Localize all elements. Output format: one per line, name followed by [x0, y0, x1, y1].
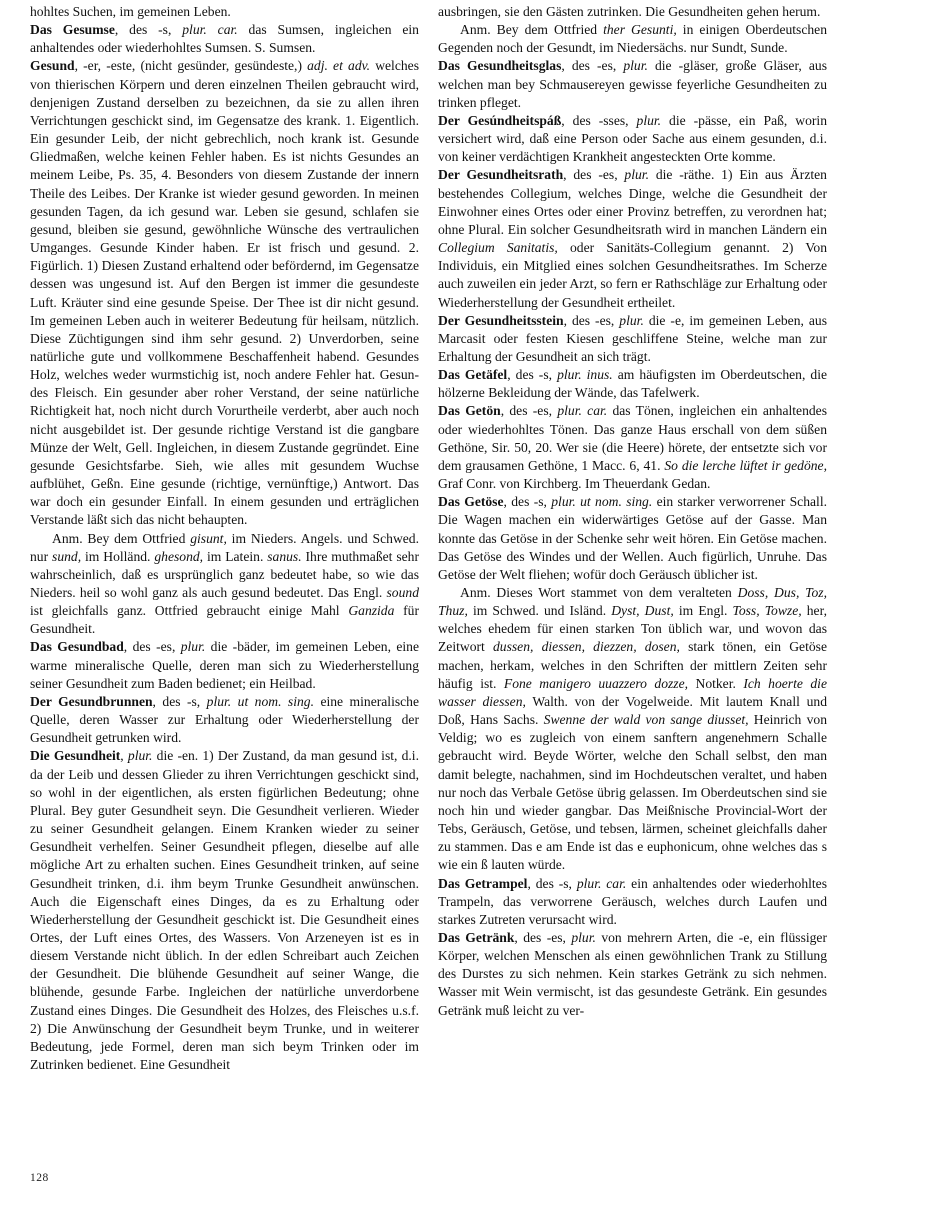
entry-text: Anm. Dieses Wort stammet von dem veralte… — [460, 585, 738, 600]
dictionary-entry: Das Getöse, des -s, plur. ut nom. sing. … — [438, 493, 827, 584]
italic-term: plur. — [619, 313, 644, 328]
annotation-paragraph: Anm. Dieses Wort stammet von dem veralte… — [438, 584, 827, 875]
italic-term: ther Gesunti, — [603, 22, 677, 37]
right-column: ausbringen, sie den Gästen zutrinken. Di… — [438, 3, 827, 1020]
italic-term: Collegium Sanitatis, — [438, 240, 558, 255]
italic-term: Toss, Towze, — [733, 603, 802, 618]
headword: Das Gesundbad — [30, 639, 124, 654]
italic-term: plur. inus. — [557, 367, 613, 382]
italic-term: Ganzida — [348, 603, 394, 618]
headword: Das Getöse — [438, 494, 504, 509]
italic-term: plur. — [571, 930, 596, 945]
dictionary-entry: Das Gesundheitsglas, des -es, plur. die … — [438, 57, 827, 111]
headword: Das Getrampel — [438, 876, 527, 891]
italic-term: plur. ut nom. sing. — [207, 694, 314, 709]
dictionary-entry: Die Gesundheit, plur. die -en. 1) Der Zu… — [30, 747, 419, 1074]
dictionary-entry: Das Gesundbad, des -es, plur. die -bäder… — [30, 638, 419, 692]
entry-text: ausbringen, sie den Gästen zutrinken. Di… — [438, 4, 820, 19]
left-column: hohltes Suchen, im gemeinen Leben.Das Ge… — [30, 3, 419, 1074]
dictionary-entry: Das Getränk, des -es, plur. von mehrern … — [438, 929, 827, 1020]
entry-text: , — [120, 748, 128, 763]
italic-term: plur. — [624, 167, 649, 182]
entry-text: welches von thierischen Körpern und dere… — [30, 58, 419, 527]
entry-text: Anm. Bey dem Ottfried — [52, 531, 190, 546]
entry-text: , des -s, — [527, 876, 576, 891]
italic-term: Fone manigero uuazzero dozze, — [504, 676, 688, 691]
entry-text: , des -s, — [507, 367, 557, 382]
entry-text: , des -es, — [563, 167, 624, 182]
dictionary-entry: Das Gesumse, des -s, plur. car. das Sums… — [30, 21, 419, 57]
entry-text: Graf Conr. von Kirchberg. Im Theuerdank … — [438, 476, 710, 491]
annotation-paragraph: Anm. Bey dem Ottfried gisunt, im Nieders… — [30, 530, 419, 639]
entry-text: , -er, -este, (nicht gesünder, gesündest… — [75, 58, 308, 73]
italic-term: So die lerche lüftet ir gedöne, — [664, 458, 827, 473]
entry-text: Anm. Bey dem Ottfried — [460, 22, 603, 37]
italic-term: ghesond, — [154, 549, 203, 564]
headword: Der Gesundbrunnen — [30, 694, 153, 709]
entry-text: ist gleichfalls ganz. Ottfried gebraucht… — [30, 603, 348, 618]
entry-text: im Holländ. — [81, 549, 154, 564]
headword: Der Gesundheitsrath — [438, 167, 563, 182]
entry-text: Heinrich von Veldig; wo es zu­gleich von… — [438, 712, 827, 872]
headword: Gesund — [30, 58, 75, 73]
italic-term: plur. — [181, 639, 206, 654]
entry-text: , des -es, — [514, 930, 571, 945]
dictionary-entry: Der Gesúndheitspáß, des -sses, plur. die… — [438, 112, 827, 166]
dictionary-entry: Das Getrampel, des -s, plur. car. ein an… — [438, 875, 827, 929]
italic-term: Swenne der wald von sange diusset, — [544, 712, 749, 727]
headword: Die Gesundheit — [30, 748, 120, 763]
italic-term: gisunt, — [190, 531, 227, 546]
entry-text: , des -es, — [501, 403, 558, 418]
entry-text: , des -es, — [561, 58, 623, 73]
dictionary-entry: Gesund, -er, -este, (nicht gesünder, ges… — [30, 57, 419, 529]
italic-term: plur. — [637, 113, 662, 128]
dictionary-entry: Der Gesundbrunnen, des -s, plur. ut nom.… — [30, 693, 419, 747]
italic-term: plur. car. — [577, 876, 626, 891]
headword: Der Gesúndheitspáß — [438, 113, 561, 128]
headword: Das Gesundheitsglas — [438, 58, 561, 73]
entry-text: , des -s, — [153, 694, 207, 709]
italic-term: plur. — [623, 58, 648, 73]
entry-text: , des -s, — [504, 494, 552, 509]
entry-text: , des -s, — [115, 22, 182, 37]
entry-text: im Schwed. und Isländ. — [468, 603, 611, 618]
page-number: 128 — [30, 1172, 49, 1184]
annotation-paragraph: Anm. Bey dem Ottfried ther Gesunti, in e… — [438, 21, 827, 57]
headword: Das Getön — [438, 403, 501, 418]
entry-text: im Engl. — [674, 603, 733, 618]
dictionary-entry: Das Getön, des -es, plur. car. das Tönen… — [438, 402, 827, 493]
italic-term: sound — [387, 585, 419, 600]
italic-term: Dyst, Dust, — [611, 603, 674, 618]
dictionary-entry: Der Gesundheitsrath, des -es, plur. die … — [438, 166, 827, 311]
continued-paragraph: ausbringen, sie den Gästen zutrinken. Di… — [438, 3, 827, 21]
entry-text: , des -es, — [124, 639, 181, 654]
entry-text: im Latein. — [203, 549, 267, 564]
italic-term: adj. et adv. — [307, 58, 370, 73]
entry-text: , des -sses, — [561, 113, 636, 128]
headword: Der Gesundheitsstein — [438, 313, 564, 328]
italic-term: plur. car. — [182, 22, 237, 37]
italic-term: plur. ut nom. sing. — [551, 494, 652, 509]
entry-text: hohltes Suchen, im gemeinen Leben. — [30, 4, 231, 19]
continued-paragraph: hohltes Suchen, im gemeinen Leben. — [30, 3, 419, 21]
italic-term: plur. car. — [557, 403, 607, 418]
headword: Das Getäfel — [438, 367, 507, 382]
italic-term: plur. — [128, 748, 153, 763]
headword: Das Gesumse — [30, 22, 115, 37]
italic-term: sund, — [52, 549, 81, 564]
italic-term: dussen, diessen, diezzen, dosen, — [493, 639, 680, 654]
entry-text: Notker. — [688, 676, 743, 691]
dictionary-entry: Der Gesundheitsstein, des -es, plur. die… — [438, 312, 827, 366]
italic-term: sanus. — [267, 549, 301, 564]
entry-text: die -en. 1) Der Zustand, da man gesund i… — [30, 748, 419, 1072]
entry-text: , des -es, — [564, 313, 620, 328]
dictionary-entry: Das Getäfel, des -s, plur. inus. am häuf… — [438, 366, 827, 402]
headword: Das Getränk — [438, 930, 514, 945]
